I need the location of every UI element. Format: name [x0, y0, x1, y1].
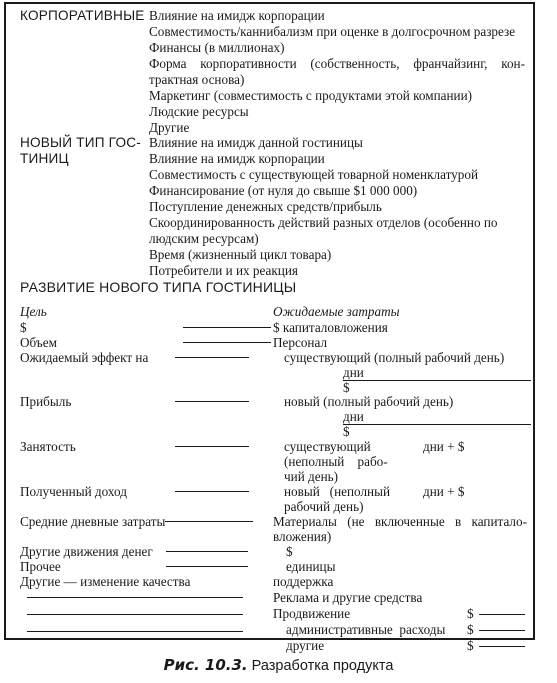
cost-item: единицы: [286, 559, 335, 574]
category-corporate: КОРПОРАТИВНЫЕ: [20, 8, 145, 23]
cost-item: $ капиталовложения: [273, 320, 388, 335]
goal-blank-line[interactable]: [27, 631, 243, 632]
list-item: Совместимость/каннибализм при оценке в д…: [149, 24, 515, 39]
cost-item: Продвижение: [273, 606, 350, 621]
goal-item: Прочее: [20, 559, 61, 574]
category-new-hotel-type: НОВЫЙ ТИП ГОС-: [20, 135, 141, 150]
list-item: Скоординированность действий разных отде…: [149, 215, 498, 230]
column-header-costs: Ожидаемые затраты: [273, 304, 400, 319]
list-item: Совместимость с существующей товарной но…: [149, 167, 478, 182]
goal-item: Другие движения денег: [20, 544, 153, 559]
goal-blank-line[interactable]: [27, 614, 243, 615]
goal-blank-line[interactable]: [165, 521, 253, 522]
list-item: Время (жизненный цикл товара): [149, 247, 331, 262]
goal-blank-line[interactable]: [166, 551, 248, 552]
cost-item: $: [286, 544, 293, 559]
list-item: Финансирование (от нуля до свыше $1 000 …: [149, 183, 417, 198]
fraction-line[interactable]: [343, 424, 531, 425]
list-item: Потребители и их реакция: [149, 263, 298, 278]
cost-item: новый (полный рабочий день): [284, 394, 453, 409]
cost-item: Персонал: [273, 335, 327, 350]
goal-item: $: [20, 320, 27, 335]
list-item: Людские ресурсы: [149, 104, 249, 119]
list-item: Влияние на имидж корпорации: [149, 151, 325, 166]
list-item: Поступление денежных средств/прибыль: [149, 199, 382, 214]
list-item: трактная основа): [149, 72, 244, 87]
cost-item: дни: [343, 365, 364, 380]
amount-blank-line[interactable]: [479, 614, 525, 615]
goal-blank-line[interactable]: [183, 327, 271, 328]
cost-item: рабочий день): [284, 499, 363, 514]
list-item: людским ресурсам): [149, 231, 259, 246]
cost-item: дни: [343, 409, 364, 424]
cost-item: другие: [286, 638, 324, 653]
goal-blank-line[interactable]: [175, 357, 249, 358]
cost-item: административные расходы: [286, 622, 445, 637]
figure-caption: Рис. 10.3. Разработка продукта: [0, 656, 557, 674]
cost-item: $: [343, 380, 350, 395]
cost-item: Реклама и другие средства: [273, 590, 422, 605]
amount-blank-line[interactable]: [479, 646, 525, 647]
cost-item: существующий (полный рабочий день): [284, 350, 504, 365]
goal-blank-line[interactable]: [183, 342, 271, 343]
cost-item: (неполный рабо-: [284, 454, 388, 469]
goal-blank-line[interactable]: [175, 401, 249, 402]
goal-blank-line[interactable]: [175, 491, 249, 492]
goal-blank-line[interactable]: [27, 597, 243, 598]
goal-item: Объем: [20, 335, 57, 350]
goal-blank-line[interactable]: [166, 566, 248, 567]
cost-item: новый (неполный: [284, 484, 390, 499]
goal-item: Прибыль: [20, 394, 71, 409]
cost-item: дни + $: [423, 439, 464, 454]
cost-item: поддержка: [273, 574, 333, 589]
goal-item: Ожидаемый эффект на: [20, 350, 148, 365]
cost-item: чий день): [284, 469, 338, 484]
list-item: Влияние на имидж корпорации: [149, 8, 325, 23]
amount-blank-line[interactable]: [479, 630, 525, 631]
list-item: Влияние на имидж данной гостиницы: [149, 135, 363, 150]
column-header-goal: Цель: [20, 304, 47, 319]
list-item: Другие: [149, 120, 189, 135]
cost-item: вложения): [273, 529, 331, 544]
cost-item: существующий: [284, 439, 371, 454]
figure-title: Разработка продукта: [252, 658, 394, 674]
section-title: РАЗВИТИЕ НОВОГО ТИПА ГОСТИНИЦЫ: [20, 280, 296, 295]
cost-item: Материалы (не включенные в капитало-: [273, 514, 527, 529]
list-item: Форма корпоративности (собственность, фр…: [149, 56, 525, 71]
category-new-hotel-type-cont: ТИНИЦ: [20, 151, 69, 166]
goal-item: Другие — изменение качества: [20, 574, 190, 589]
cost-item: дни + $: [423, 484, 464, 499]
goal-blank-line[interactable]: [175, 446, 249, 447]
cost-item: $: [343, 424, 350, 439]
figure-number: Рис. 10.3.: [164, 656, 248, 674]
dollar-sign: $: [467, 606, 474, 621]
goal-item: Средние дневные затраты: [20, 514, 165, 529]
list-item: Маркетинг (совместимость с продуктами эт…: [149, 88, 472, 103]
dollar-sign: $: [467, 638, 474, 653]
dollar-sign: $: [467, 622, 474, 637]
fraction-line[interactable]: [343, 380, 531, 381]
goal-item: Занятость: [20, 439, 76, 454]
list-item: Финансы (в миллионах): [149, 40, 284, 55]
goal-item: Полученный доход: [20, 484, 127, 499]
